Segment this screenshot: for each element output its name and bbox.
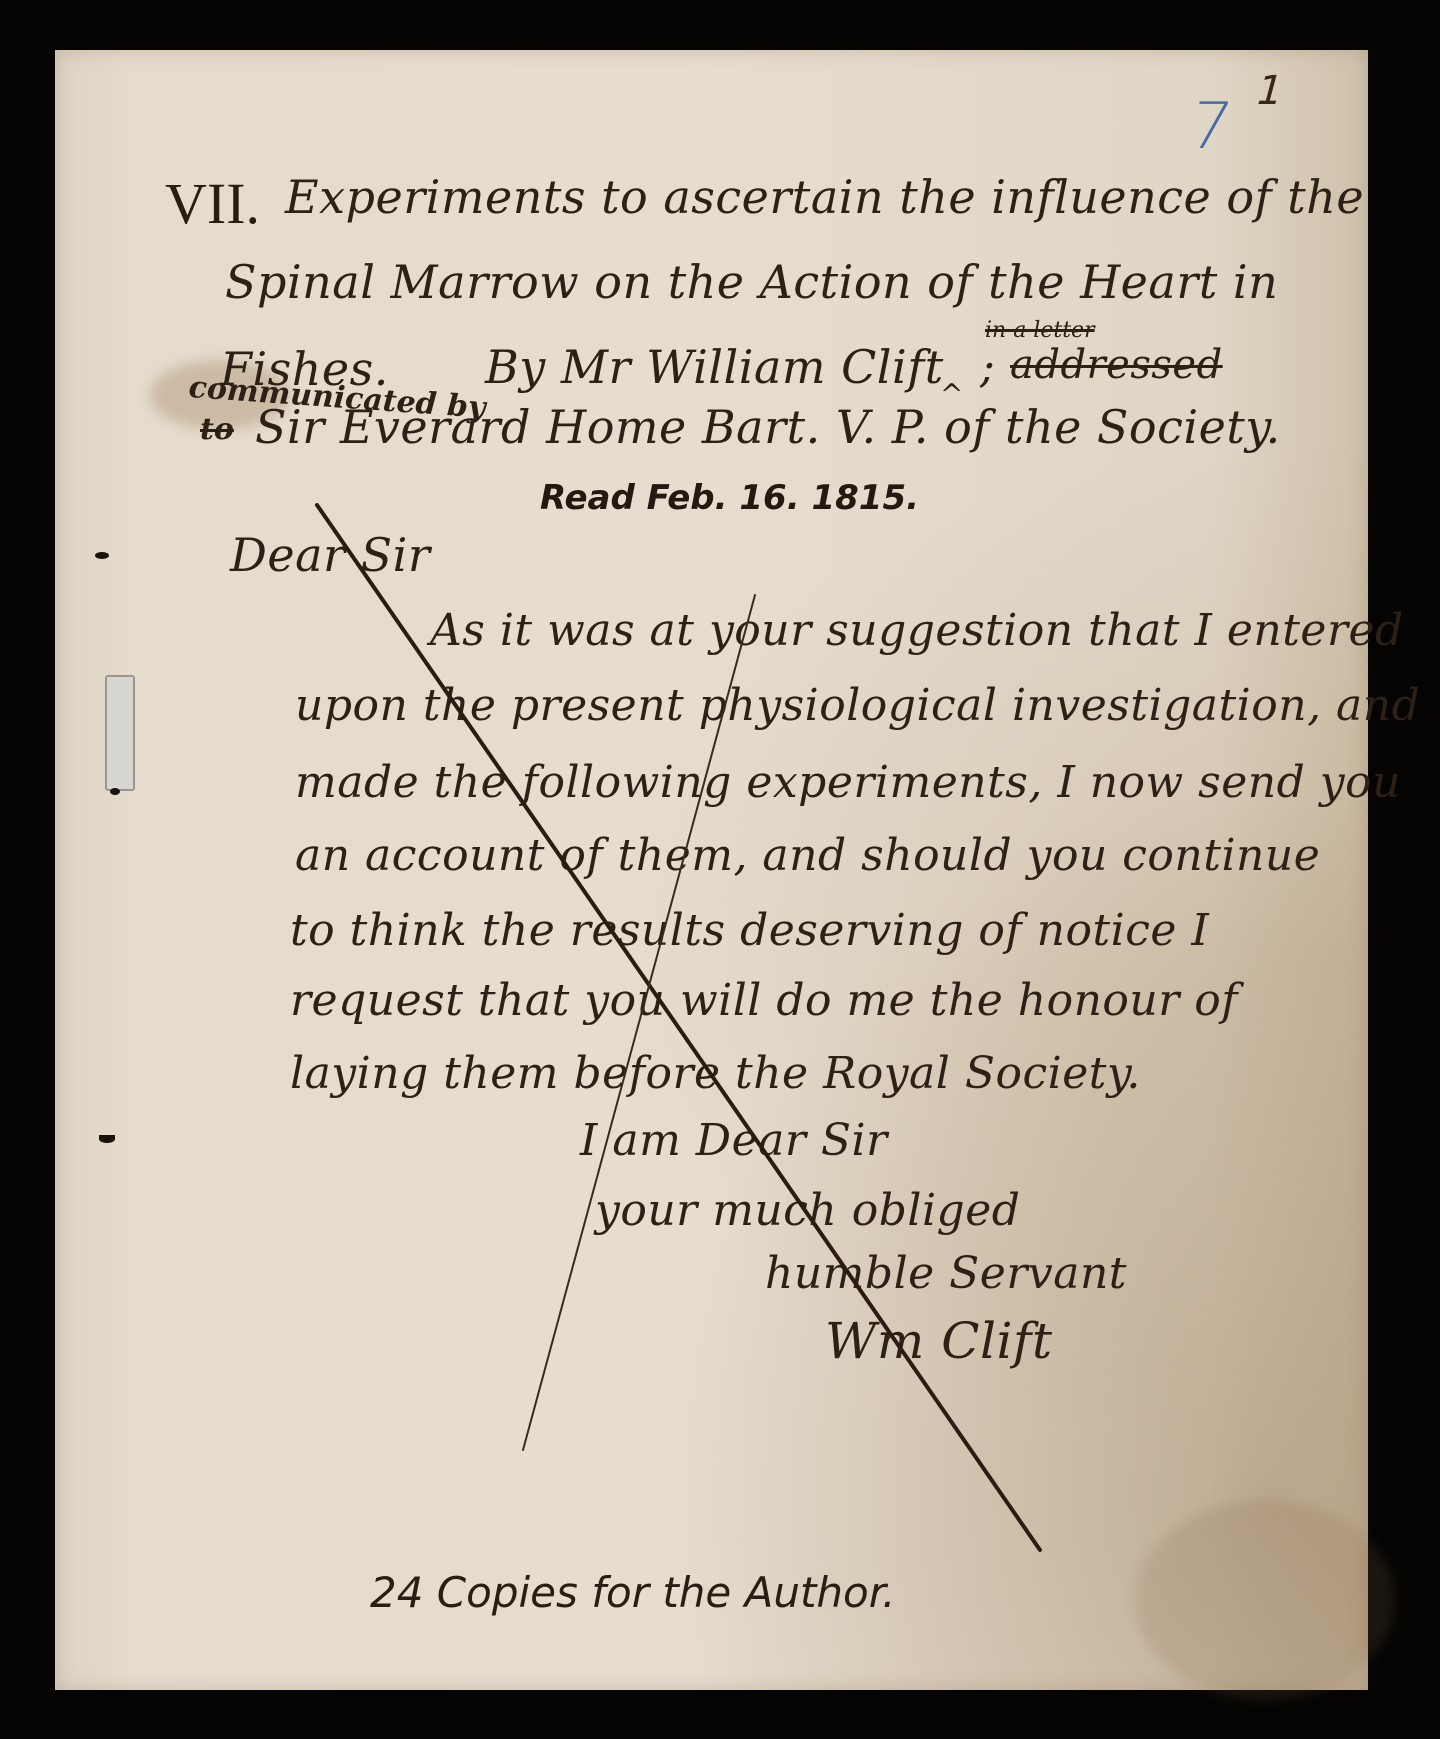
thin-cancel-stroke [523, 595, 755, 1450]
diagonal-cancel-stroke [317, 505, 1040, 1550]
deletion-cross-strokes [55, 50, 1368, 1690]
manuscript-page: 7 1 VII. Experiments to ascertain the in… [55, 50, 1368, 1690]
